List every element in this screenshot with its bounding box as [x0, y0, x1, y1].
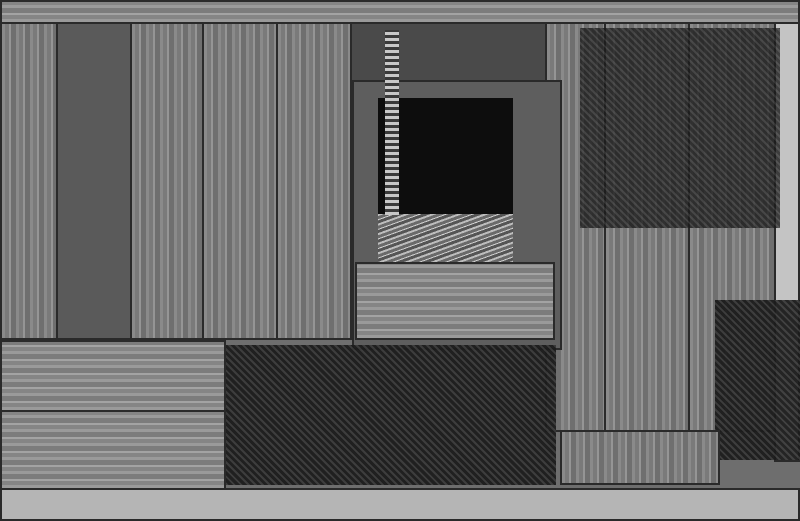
wall-board	[130, 22, 206, 340]
lower-board	[560, 430, 720, 485]
wall-board	[202, 22, 280, 340]
barn-wall-photo	[0, 0, 800, 521]
lower-board	[0, 340, 226, 412]
window-sill	[355, 262, 555, 340]
burlap-net	[226, 345, 556, 485]
top-beam	[0, 0, 800, 24]
hanging-chain	[385, 30, 399, 215]
wall-board	[276, 22, 352, 340]
burlap-net	[580, 28, 780, 228]
straw	[378, 214, 513, 264]
wall-board	[56, 22, 134, 340]
lower-board	[0, 410, 226, 490]
burlap-net	[715, 300, 800, 460]
bottom-board	[0, 488, 800, 521]
wall-board	[0, 22, 60, 340]
